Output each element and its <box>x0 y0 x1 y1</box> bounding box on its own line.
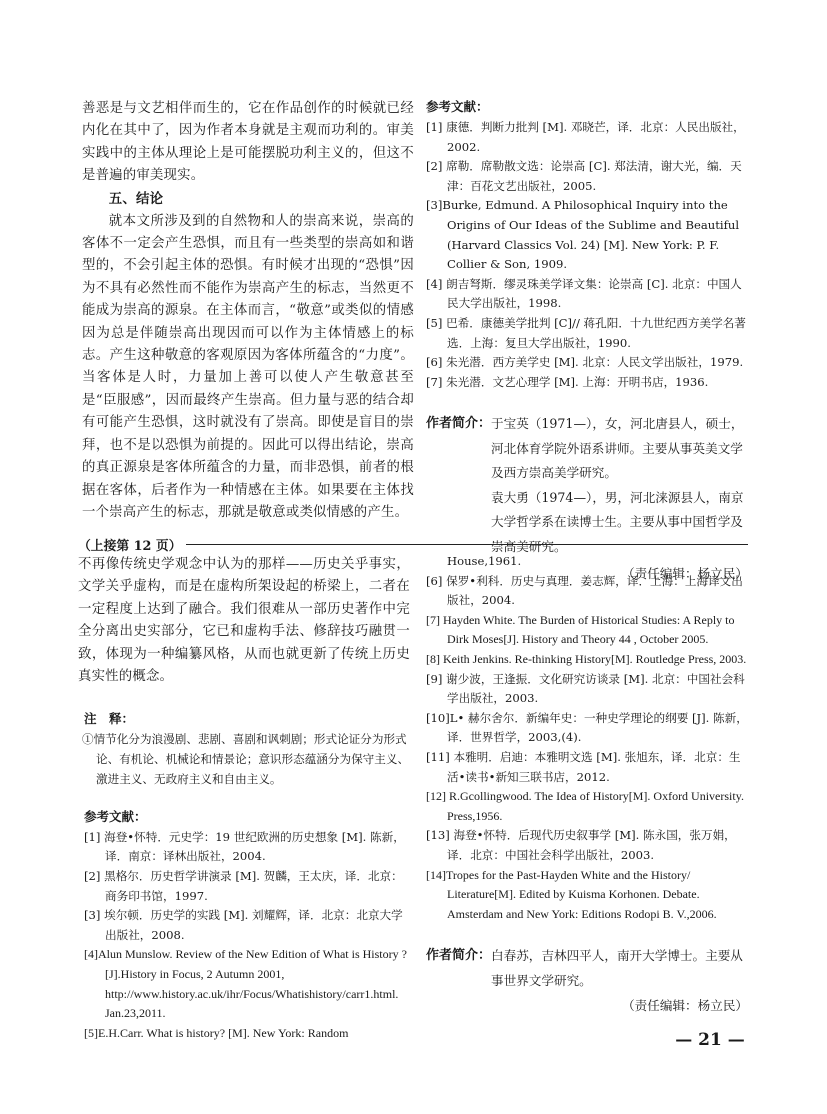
reference-item: [2] 席勒．席勒散文选：论崇高 [C]. 郑法清，谢大光，编．天津：百花文艺出… <box>426 157 748 196</box>
reference-item: [3]Burke, Edmund. A Philosophical Inquir… <box>426 196 748 274</box>
top-right-column: 参考文献： [1] 康德．判断力批判 [M]. 邓晓芒，译．北京：人民出版社，2… <box>426 98 748 585</box>
references-list: [1] 康德．判断力批判 [M]. 邓晓芒，译．北京：人民出版社，2002. [… <box>426 118 748 392</box>
continued-body-paragraph: 不再像传统史学观念中认为的那样——历史关乎事实，文学关乎虚构，而是在虚构所架设起… <box>78 554 410 688</box>
section-heading-conclusion: 五、结论 <box>82 188 414 211</box>
page-number: — 21 — <box>670 1030 750 1050</box>
reference-item: [10]L• 赫尔舍尔．新编年史：一种史学理论的纲要 [J]. 陈新，译．世界哲… <box>426 709 748 748</box>
reference-item: [3] 埃尔顿．历史学的实践 [M]. 刘耀辉，译．北京：北京大学出版社，200… <box>84 906 410 945</box>
reference-item: [13] 海登•怀特．后现代历史叙事学 [M]. 陈永国，张万娟，译．北京：中国… <box>426 826 748 865</box>
reference-item-continued: House,1961. <box>426 552 748 572</box>
reference-item: [14]Tropes for the Past-Hayden White and… <box>426 866 748 925</box>
reference-item: [1] 康德．判断力批判 [M]. 邓晓芒，译．北京：人民出版社，2002. <box>426 118 748 157</box>
reference-item: [2] 黑格尔．历史哲学讲演录 [M]. 贺麟，王太庆，译．北京：商务印书馆，1… <box>84 867 410 906</box>
continued-from-label: （上接第 12 页） <box>78 535 186 554</box>
reference-item: [5]E.H.Carr. What is history? [M]. New Y… <box>84 1024 410 1044</box>
references-title: 参考文献： <box>426 98 748 116</box>
continued-paragraph: 善恶是与文艺相伴而生的，它在作品创作的时候就已经内化在其中了，因为作者本身就是主… <box>82 98 414 188</box>
reference-item: [4] 朗吉弩斯．缪灵珠美学译文集：论崇高 [C]. 北京：中国人民大学出版社，… <box>426 275 748 314</box>
reference-item: [11] 本雅明．启迪：本雅明文选 [M]. 张旭东，译．北京：生活•读书•新知… <box>426 748 748 787</box>
reference-item: [7] Hayden White. The Burden of Historic… <box>426 611 748 650</box>
continued-from-divider: （上接第 12 页） <box>78 534 748 554</box>
bottom-right-column: House,1961. [6] 保罗•利科．历史与真理．姜志辉，译．上海：上海译… <box>426 552 748 1017</box>
note-item: ①情节化分为浪漫剧、悲剧、喜剧和讽刺剧；形式论证分为形式论、有机论、机械论和情景… <box>78 730 410 789</box>
responsible-editor: （责任编辑：杨立民） <box>426 995 748 1017</box>
author-bio-label: 作者简介： <box>426 944 491 993</box>
reference-item: [4]Alun Munslow. Review of the New Editi… <box>84 945 410 1023</box>
notes-title: 注 释： <box>78 710 410 728</box>
reference-item: [8] Keith Jenkins. Re-thinking History[M… <box>426 650 748 670</box>
references-list-continued: House,1961. [6] 保罗•利科．历史与真理．姜志辉，译．上海：上海译… <box>426 552 748 924</box>
conclusion-paragraph: 就本文所涉及到的自然物和人的崇高来说，崇高的客体不一定会产生恐惧，而且有一些类型… <box>82 211 414 525</box>
divider-rule <box>186 544 749 545</box>
author-bio: 作者简介： 白春苏，吉林四平人，南开大学博士。主要从事世界文学研究。 <box>426 944 748 993</box>
reference-item: [6] 保罗•利科．历史与真理．姜志辉，译．上海：上海译文出版社，2004. <box>426 572 748 611</box>
references-title: 参考文献： <box>78 808 410 826</box>
bottom-left-column: 不再像传统史学观念中认为的那样——历史关乎事实，文学关乎虚构，而是在虚构所架设起… <box>78 554 410 1043</box>
reference-item: [12] R.Gcollingwood. The Idea of History… <box>426 787 748 826</box>
reference-item: [7] 朱光潜．文艺心理学 [M]. 上海：开明书店，1936. <box>426 373 748 393</box>
author-entry: 于宝英（1971—），女，河北唐县人，硕士，河北体育学院外语系讲师。主要从事英美… <box>491 412 748 486</box>
reference-item: [1] 海登•怀特．元史学：19 世纪欧洲的历史想象 [M]. 陈新，译．南京：… <box>84 828 410 867</box>
references-list: [1] 海登•怀特．元史学：19 世纪欧洲的历史想象 [M]. 陈新，译．南京：… <box>78 828 410 1044</box>
author-entry: 白春苏，吉林四平人，南开大学博士。主要从事世界文学研究。 <box>491 944 748 993</box>
reference-item: [9] 谢少波，王逢振．文化研究访谈录 [M]. 北京：中国社会科学出版社，20… <box>426 670 748 709</box>
reference-item: [6] 朱光潜．西方美学史 [M]. 北京：人民文学出版社，1979. <box>426 353 748 373</box>
reference-item: [5] 巴希．康德美学批判 [C]// 蒋孔阳．十九世纪西方美学名著选．上海：复… <box>426 314 748 353</box>
top-left-column: 善恶是与文艺相伴而生的，它在作品创作的时候就已经内化在其中了，因为作者本身就是主… <box>82 98 414 524</box>
